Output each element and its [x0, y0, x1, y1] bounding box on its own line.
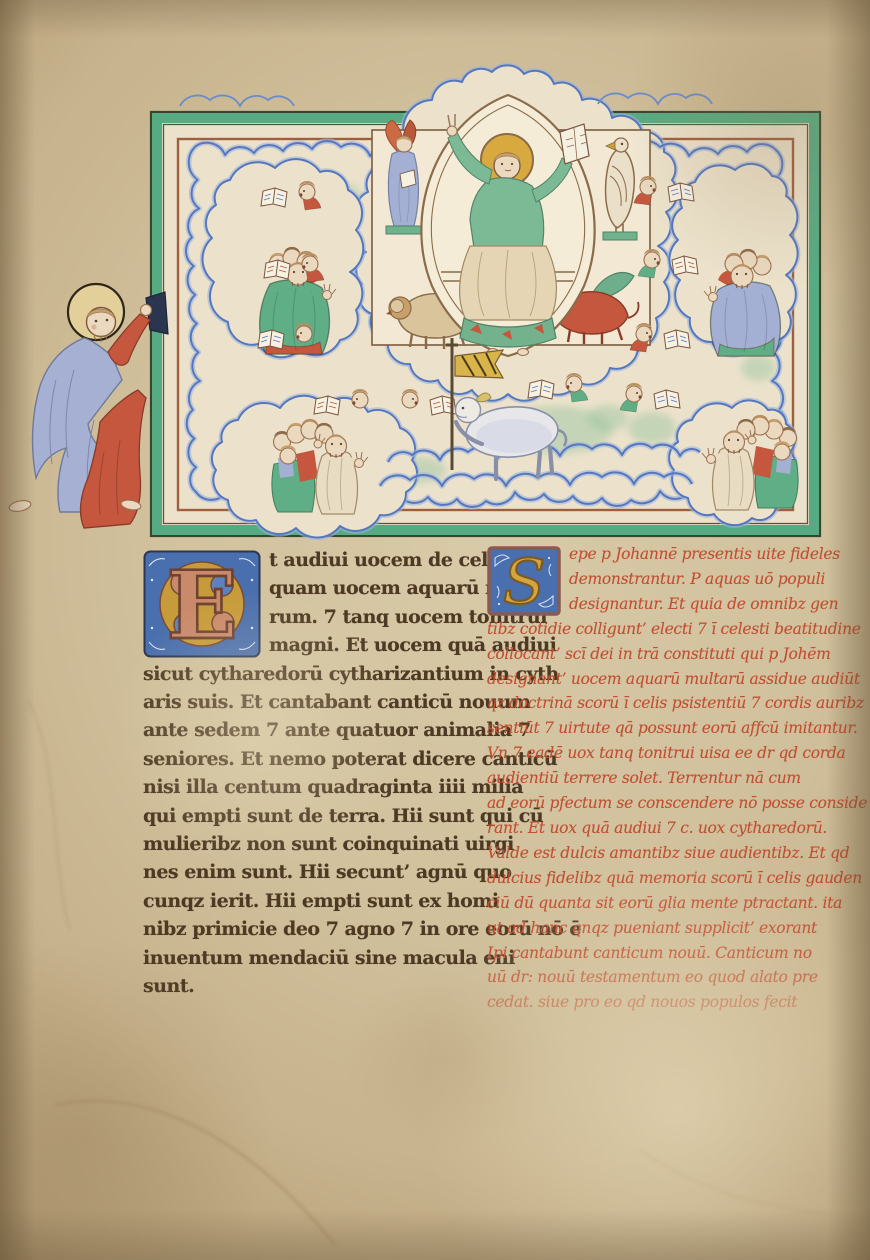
- text-line: uū dr: nouū testamentum eo quod alato pr…: [487, 965, 839, 990]
- text-line: collocant’ scī dei in trā constituti qui…: [487, 642, 839, 667]
- saint-john-kneeling-figure: [8, 284, 168, 528]
- text-line: inuentum mendaciū sine macula eni: [143, 944, 488, 972]
- text-line: audientiū terrere solet. Terrentur nā cu…: [487, 766, 839, 791]
- text-line: sicut cytharedorū cytharizantium in cyth: [143, 660, 488, 688]
- text-line: Valde est dulcis amantibz siue audientib…: [487, 841, 839, 866]
- initial-letter-s: S: [503, 546, 545, 616]
- text-line: qui empti sunt de terra. Hii sunt qui cū: [143, 802, 488, 830]
- initial-letter-e: E: [166, 551, 237, 658]
- text-line: Vn 7 eadē uox tanq tonitrui uisa ee dr q…: [487, 741, 839, 766]
- text-line: cunqz ierit. Hii empti sunt ex homi: [143, 887, 488, 915]
- text-line: seniores. Et nemo poterat dicere canticū: [143, 745, 488, 773]
- text-line: Ipi cantabunt canticum nouū. Canticum no: [487, 941, 839, 966]
- text-line: ad eorū pfectum se conscendere nō posse …: [487, 791, 839, 816]
- text-line: dulcius fidelibz quā memoria scorū ī cel…: [487, 866, 839, 891]
- text-line: qz doctrinā scorū ī celis psistentiū 7 c…: [487, 691, 839, 716]
- text-line: sentiūt 7 uirtute qā possunt eorū affcū …: [487, 716, 839, 741]
- text-line: nibz primicie deo 7 agno 7 in ore eorū n…: [143, 915, 488, 943]
- illuminated-initial-s: S: [487, 546, 561, 616]
- text-line: cedat. siue pro eo qd nouos populos feci…: [487, 990, 839, 1015]
- text-line: nes enim sunt. Hii secunt’ agnū quo: [143, 858, 488, 886]
- text-line: nisi illa centum quadraginta iiii milia: [143, 773, 488, 801]
- text-line: ut ad hanc qnqz pueniant supplicit’ exor…: [487, 916, 839, 941]
- text-line: rant. Et uox quā audiui 7 c. uox cythare…: [487, 816, 839, 841]
- latin-commentary-column: S epe p Johannē presentis uite fideles d…: [487, 542, 839, 1015]
- manuscript-page: E t audiui uocem de celo tan quam uocem …: [0, 0, 870, 1260]
- text-line: aris suis. Et cantabant canticū nouum: [143, 688, 488, 716]
- text-line: mulieribz non sunt coinquinati uirgi: [143, 830, 488, 858]
- text-line: ciū dū quanta sit eorū glia mente ptract…: [487, 891, 839, 916]
- text-line: ante sedem 7 ante quatuor animalia 7: [143, 716, 488, 744]
- latin-scripture-column: E t audiui uocem de celo tan quam uocem …: [143, 546, 488, 1001]
- christ-in-majesty-panel: [372, 95, 650, 356]
- illuminated-initial-e: E: [143, 550, 261, 658]
- text-line: designant’ uocem aquarū multarū assidue …: [487, 667, 839, 692]
- text-line: sunt.: [143, 972, 488, 1000]
- text-line: tibz cotidie colligunt’ electi 7 ī celes…: [487, 617, 839, 642]
